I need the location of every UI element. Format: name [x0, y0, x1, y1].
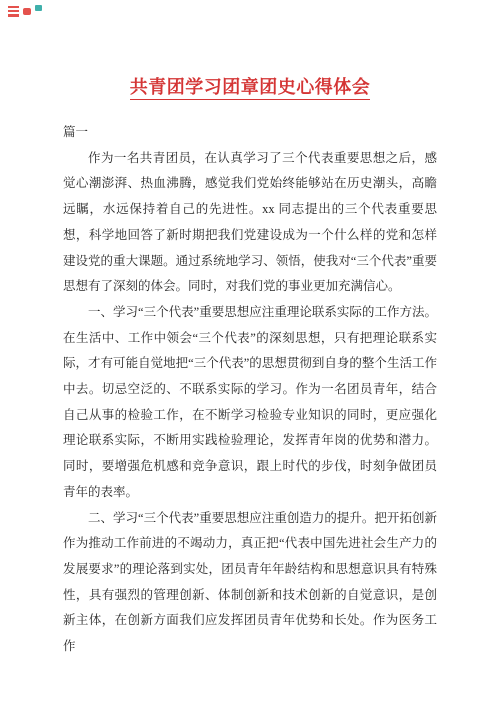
document-title: 共青团学习团章团史心得体会 [63, 76, 437, 100]
corner-teal-mark-icon [35, 5, 42, 11]
corner-red-dot-icon [23, 8, 31, 15]
document-body: 篇一 作为一名共青团员，在认真学习了三个代表重要思想之后，感觉心潮澎湃、热血沸腾… [63, 120, 437, 660]
paragraph-3: 二、学习“三个代表”重要思想应注重创造力的提升。把开拓创新作为推动工作前进的不竭… [63, 506, 437, 660]
corner-red-mark-icon [8, 6, 19, 17]
paragraph-1: 作为一名共青团员，在认真学习了三个代表重要思想之后，感觉心潮澎湃、热血沸腾，感觉… [63, 146, 437, 300]
document-page: { "page": { "background_color": "#ffffff… [0, 0, 499, 706]
document-title-text: 共青团学习团章团史心得体会 [130, 76, 371, 100]
document-canvas: 共青团学习团章团史心得体会 篇一 作为一名共青团员，在认真学习了三个代表重要思想… [0, 0, 499, 706]
section-label: 篇一 [63, 120, 437, 146]
page-corner-artifacts [8, 4, 42, 17]
paragraph-2: 一、学习“三个代表”重要思想应注重理论联系实际的工作方法。在生活中、工作中领会“… [63, 300, 437, 506]
